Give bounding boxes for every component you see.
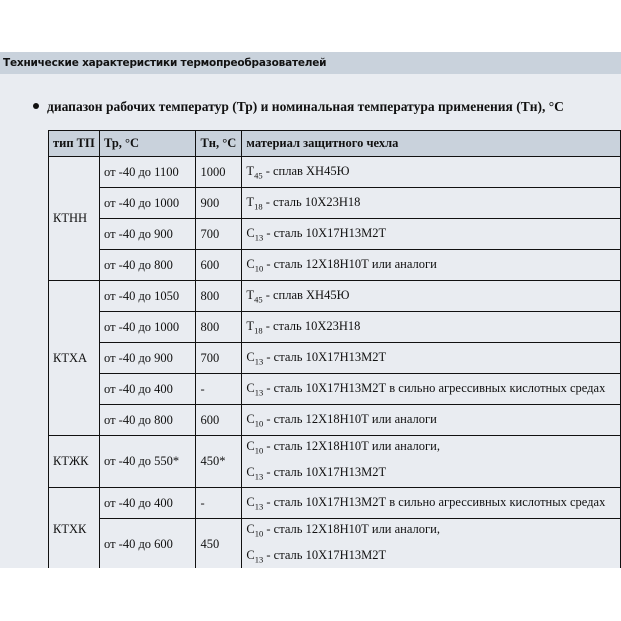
spec-table: тип ТП Тр, °С Тн, °С материал защитного … (48, 130, 621, 568)
cell-tn: 450* (196, 436, 242, 488)
table-row: КТХАот -40 до 1050800Т45 - сплав ХН45Ю (49, 281, 621, 312)
material-code: С (246, 495, 254, 509)
material-code: Т (246, 164, 254, 178)
material-code: С (246, 226, 254, 240)
cell-tn: 800 (196, 281, 242, 312)
material-code-sub: 10 (255, 529, 264, 539)
cell-tn: - (196, 374, 242, 405)
cell-tr: от -40 до 1050 (99, 281, 195, 312)
cell-material: С10 - сталь 12Х18Н10Т или аналоги (242, 250, 621, 281)
bullet-item: диапазон рабочих температур (Тр) и номин… (33, 99, 564, 115)
material-text: - сталь 10Х23Н18 (263, 319, 361, 333)
cell-material: С13 - сталь 10Х17Н13М2Т (242, 343, 621, 374)
table-row: КТХКот -40 до 400-С13 - сталь 10Х17Н13М2… (49, 488, 621, 519)
material-code: С (246, 465, 254, 479)
material-code-sub: 13 (255, 554, 264, 564)
table-row: КТННот -40 до 11001000Т45 - сплав ХН45Ю (49, 157, 621, 188)
cell-tr: от -40 до 1100 (99, 157, 195, 188)
table-row: от -40 до 600450С10 - сталь 12Х18Н10Т ил… (49, 519, 621, 569)
cell-tn: 450 (196, 519, 242, 569)
cell-material: Т18 - сталь 10Х23Н18 (242, 188, 621, 219)
table-row: от -40 до 1000900Т18 - сталь 10Х23Н18 (49, 188, 621, 219)
cell-type: КТХА (49, 281, 100, 436)
material-text: - сталь 12Х18Н10Т или аналоги (263, 412, 437, 426)
material-code: С (246, 381, 254, 395)
material-line: С13 - сталь 10Х17Н13М2Т в сильно агресси… (246, 495, 616, 512)
cell-type: КТХК (49, 488, 100, 569)
material-text: - сталь 10Х23Н18 (263, 195, 361, 209)
material-text: - сталь 10Х17Н13М2Т в сильно агрессивных… (263, 495, 605, 509)
material-code-sub: 13 (255, 356, 264, 366)
material-code-sub: 13 (255, 232, 264, 242)
material-text: - сплав ХН45Ю (263, 288, 350, 302)
table-header-row: тип ТП Тр, °С Тн, °С материал защитного … (49, 131, 621, 157)
material-text: - сталь 12Х18Н10Т или аналоги, (263, 439, 440, 453)
cell-type: КТНН (49, 157, 100, 281)
cell-tr: от -40 до 800 (99, 250, 195, 281)
material-line: Т18 - сталь 10Х23Н18 (246, 319, 616, 336)
cell-tn: 1000 (196, 157, 242, 188)
material-code-sub: 45 (254, 294, 263, 304)
material-code-sub: 10 (255, 263, 264, 273)
material-code: Т (246, 319, 254, 333)
cell-tr: от -40 до 400 (99, 374, 195, 405)
material-code-sub: 18 (254, 325, 263, 335)
material-code-sub: 13 (255, 501, 264, 511)
cell-tr: от -40 до 1000 (99, 188, 195, 219)
cell-material: С13 - сталь 10Х17Н13М2Т в сильно агресси… (242, 374, 621, 405)
material-code: Т (246, 288, 254, 302)
cell-tn: 800 (196, 312, 242, 343)
material-text: - сталь 10Х17Н13М2Т (263, 465, 386, 479)
cell-tr: от -40 до 550* (99, 436, 195, 488)
cell-material: С13 - сталь 10Х17Н13М2Т в сильно агресси… (242, 488, 621, 519)
material-line: С10 - сталь 12Х18Н10Т или аналоги, (246, 519, 616, 545)
col-header-tn: Тн, °С (196, 131, 242, 157)
col-header-material: материал защитного чехла (242, 131, 621, 157)
cell-tr: от -40 до 600 (99, 519, 195, 569)
material-text: - сталь 10Х17Н13М2Т (263, 548, 386, 562)
cell-tn: 700 (196, 219, 242, 250)
material-line: Т45 - сплав ХН45Ю (246, 164, 616, 181)
table-row: КТЖКот -40 до 550*450*С10 - сталь 12Х18Н… (49, 436, 621, 488)
material-code: С (246, 257, 254, 271)
cell-material: Т45 - сплав ХН45Ю (242, 281, 621, 312)
material-line: Т18 - сталь 10Х23Н18 (246, 195, 616, 212)
material-code: С (246, 548, 254, 562)
specs-panel: Технические характеристики термопреобраз… (0, 52, 621, 568)
material-code-sub: 18 (254, 201, 263, 211)
table-row: от -40 до 800600С10 - сталь 12Х18Н10Т ил… (49, 405, 621, 436)
cell-material: Т45 - сплав ХН45Ю (242, 157, 621, 188)
material-line: С10 - сталь 12Х18Н10Т или аналоги, (246, 436, 616, 462)
material-code: С (246, 439, 254, 453)
cell-tr: от -40 до 800 (99, 405, 195, 436)
material-code-sub: 45 (254, 170, 263, 180)
cell-tn: 600 (196, 250, 242, 281)
col-header-tr: Тр, °С (99, 131, 195, 157)
material-line: С13 - сталь 10Х17Н13М2Т (246, 226, 616, 243)
bullet-icon (33, 103, 39, 109)
material-code: С (246, 522, 254, 536)
material-text: - сталь 12Х18Н10Т или аналоги (263, 257, 437, 271)
material-code: С (246, 350, 254, 364)
panel-title: Технические характеристики термопреобраз… (0, 52, 621, 74)
bullet-text: диапазон рабочих температур (Тр) и номин… (47, 99, 564, 114)
table-row: от -40 до 1000800Т18 - сталь 10Х23Н18 (49, 312, 621, 343)
cell-tr: от -40 до 900 (99, 219, 195, 250)
material-code-sub: 10 (255, 418, 264, 428)
table-body: КТННот -40 до 11001000Т45 - сплав ХН45Юо… (49, 157, 621, 569)
cell-material: Т18 - сталь 10Х23Н18 (242, 312, 621, 343)
material-line: Т45 - сплав ХН45Ю (246, 288, 616, 305)
cell-tn: - (196, 488, 242, 519)
cell-tn: 600 (196, 405, 242, 436)
col-header-type: тип ТП (49, 131, 100, 157)
material-text: - сталь 10Х17Н13М2Т (263, 226, 386, 240)
cell-tr: от -40 до 400 (99, 488, 195, 519)
cell-tn: 700 (196, 343, 242, 374)
cell-material: С10 - сталь 12Х18Н10Т или аналоги,С13 - … (242, 519, 621, 569)
cell-tn: 900 (196, 188, 242, 219)
cell-material: С10 - сталь 12Х18Н10Т или аналоги (242, 405, 621, 436)
table-row: от -40 до 400-С13 - сталь 10Х17Н13М2Т в … (49, 374, 621, 405)
material-text: - сталь 12Х18Н10Т или аналоги, (263, 522, 440, 536)
material-text: - сплав ХН45Ю (263, 164, 350, 178)
material-code: Т (246, 195, 254, 209)
table-row: от -40 до 800600С10 - сталь 12Х18Н10Т ил… (49, 250, 621, 281)
material-line: С13 - сталь 10Х17Н13М2Т (246, 350, 616, 367)
table-row: от -40 до 900700С13 - сталь 10Х17Н13М2Т (49, 343, 621, 374)
table-row: от -40 до 900700С13 - сталь 10Х17Н13М2Т (49, 219, 621, 250)
material-line: С10 - сталь 12Х18Н10Т или аналоги (246, 412, 616, 429)
material-text: - сталь 10Х17Н13М2Т (263, 350, 386, 364)
cell-tr: от -40 до 900 (99, 343, 195, 374)
material-code: С (246, 412, 254, 426)
material-text: - сталь 10Х17Н13М2Т в сильно агрессивных… (263, 381, 605, 395)
material-line: С10 - сталь 12Х18Н10Т или аналоги (246, 257, 616, 274)
cell-type: КТЖК (49, 436, 100, 488)
cell-material: С10 - сталь 12Х18Н10Т или аналоги,С13 - … (242, 436, 621, 488)
material-line: С13 - сталь 10Х17Н13М2Т (246, 462, 616, 488)
material-line: С13 - сталь 10Х17Н13М2Т в сильно агресси… (246, 381, 616, 398)
cell-tr: от -40 до 1000 (99, 312, 195, 343)
material-line: С13 - сталь 10Х17Н13М2Т (246, 545, 616, 569)
cell-material: С13 - сталь 10Х17Н13М2Т (242, 219, 621, 250)
material-code-sub: 13 (255, 387, 264, 397)
material-code-sub: 10 (255, 446, 264, 456)
material-code-sub: 13 (255, 471, 264, 481)
